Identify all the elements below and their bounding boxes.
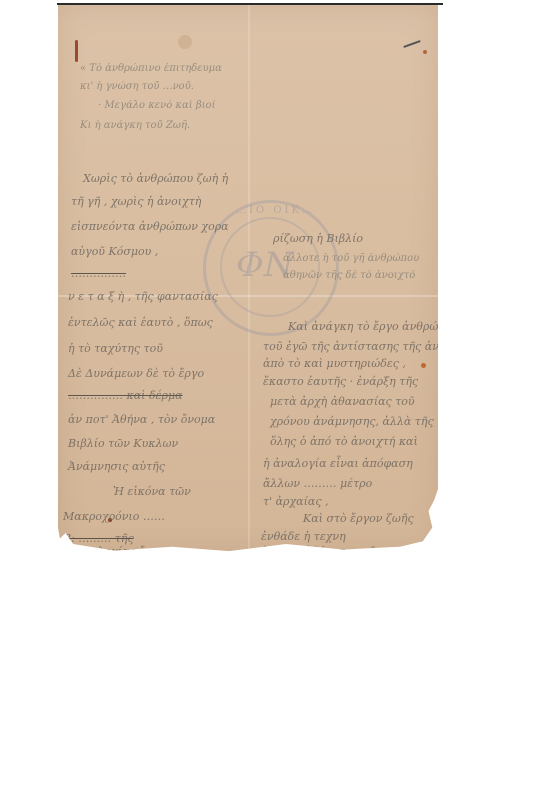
handwritten-line: κι' ἡ γνώση τοῦ …νοῦ. <box>80 81 194 92</box>
handwritten-line: ἐντελῶς καὶ ἑαυτὸ , ὅπως <box>68 316 213 329</box>
handwritten-line: ν ε τ α ξ ὴ , τῆς φαντασίας <box>68 290 218 303</box>
handwritten-line: τ' ἀρχαίας , <box>263 495 329 508</box>
handwritten-line: ἀλλοτε ἡ τοῦ γῆ ἀνθρώπου <box>283 253 419 264</box>
ink-mark <box>403 40 421 48</box>
handwritten-line: Δὲ Δυνάμεων δὲ τὸ ἔργο <box>68 367 204 380</box>
handwritten-line: αὐγοῦ Κόσμου , <box>71 245 158 258</box>
handwritten-line-struck: Β: ……… τῆς <box>63 532 134 545</box>
handwritten-line: μετὰ ἀρχὴ ἀθανασίας τοῦ <box>270 395 415 408</box>
handwritten-line: Ἀνάμνησις αὐτῆς <box>68 460 165 473</box>
handwritten-line-struck: …………… καὶ δέρμα <box>68 389 183 402</box>
handwritten-line: χρόνου ἀνάμνησης, ἀλλὰ τῆς <box>270 415 434 428</box>
handwritten-line: ἐνθάδε ἡ τεχνη <box>261 530 346 543</box>
handwritten-line: « Τὸ ἀνθρώπινο ἐπιτηδευμα <box>80 63 222 74</box>
handwritten-line: Καὶ στὸ ἔργον ζωῆς <box>303 512 414 525</box>
handwritten-line-struck: …………… <box>71 267 126 280</box>
handwritten-line: ἀθηνῶν τῆς δὲ τὸ ἀνοιχτό <box>283 270 415 281</box>
handwritten-line: ὅλης ὁ ἀπό τὸ ἀνοιχτή καὶ <box>270 435 418 448</box>
handwritten-line: ἀρχαῖα ἀθάνατο τοῦ … <box>261 545 390 558</box>
foxing-spot <box>178 35 192 49</box>
handwritten-line: ἀναλογίας ἔργων <box>76 545 174 558</box>
foxing-spot <box>423 50 427 54</box>
handwritten-line: ἀπὸ τὸ καὶ μυστηριώδες , <box>263 357 406 370</box>
ink-stain <box>75 40 78 62</box>
handwritten-line: · Μεγάλο κενό καὶ βιοί <box>98 100 216 111</box>
handwritten-line: Βιβλίο τῶν Κυκλων <box>68 437 178 450</box>
handwritten-line: Κι ἡ ανάγκη τοῦ Ζωῆ. <box>80 120 190 131</box>
handwritten-line: ἡ ἀναλογία εἶναι ἀπόφαση <box>263 457 413 470</box>
handwritten-line: ἡ τὸ ταχύτης τοῦ <box>68 342 163 355</box>
handwritten-line: Καὶ ἀνάγκη τὸ ἔργο ἀνθρώπου <box>288 320 459 333</box>
manuscript-page: …ΙΟ ΟΙΚ… ΦΝ « Τὸ ἀνθρώπινο ἐπιτηδευμα κι… <box>58 5 438 555</box>
foxing-spot <box>421 363 426 368</box>
handwritten-line: ἕκαστο ἑαυτῆς · ἐνάρξη τῆς <box>263 375 418 388</box>
handwritten-line: εἰσπνεόντα ἀνθρώπων χορα <box>71 220 229 233</box>
handwritten-line: τῆ γῆ , χωρὶς ἡ ἀνοιχτὴ <box>71 195 201 208</box>
handwritten-line: ἀν ποτ' Ἀθήνα , τὸν ὄνομα <box>68 413 215 426</box>
handwritten-line: τοῦ ἐγῶ τῆς ἀντίστασης τῆς ἀνάγκης <box>263 340 473 353</box>
handwritten-line: Χωρὶς τὸ ἀνθρώπου ζωὴ ἡ <box>83 172 228 185</box>
handwritten-line: ρίζωση ἡ Βιβλίο <box>273 232 363 245</box>
stamp-ring-text: …ΙΟ ΟΙΚ… <box>236 205 315 216</box>
handwritten-line: Μακροχρόνιο …… <box>63 510 165 523</box>
scan-top-edge <box>57 3 443 5</box>
handwritten-line: Ἡ εἰκόνα τῶν <box>113 485 191 498</box>
handwritten-line: ἄλλων ……… μέτρο <box>263 477 372 490</box>
